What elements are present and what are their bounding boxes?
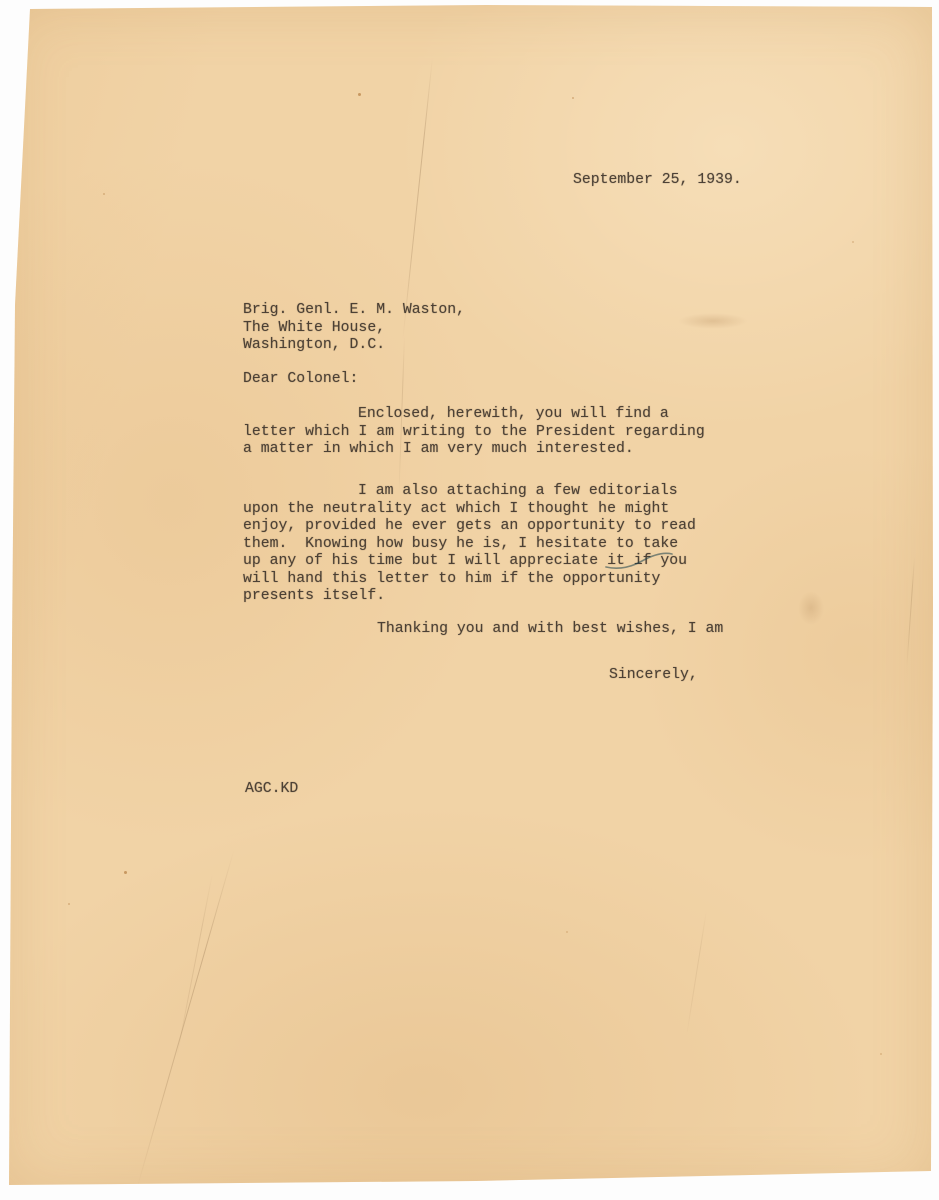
body-line: upon the neutrality act which I thought … bbox=[243, 501, 696, 519]
address-line: Brig. Genl. E. M. Waston, bbox=[243, 302, 465, 320]
date-line: September 25, 1939. bbox=[573, 172, 742, 190]
body-paragraph-1: Enclosed, herewith, you will find a lett… bbox=[243, 406, 705, 459]
date: September 25, 1939. bbox=[573, 172, 742, 190]
body-line: Enclosed, herewith, you will find a bbox=[243, 406, 705, 424]
letter-text-layer: September 25, 1939. Brig. Genl. E. M. Wa… bbox=[0, 0, 939, 1200]
body-paragraph-2: I am also attaching a few editorials upo… bbox=[243, 483, 696, 606]
closing-line: Thanking you and with best wishes, I am bbox=[377, 621, 723, 639]
body-line: a matter in which I am very much interes… bbox=[243, 441, 705, 459]
signoff-text: Sincerely, bbox=[609, 667, 698, 685]
signoff: Sincerely, bbox=[609, 667, 698, 685]
salutation: Dear Colonel: bbox=[243, 371, 358, 389]
typist-initials: AGC.KD bbox=[245, 781, 298, 799]
body-line: I am also attaching a few editorials bbox=[243, 483, 696, 501]
address-line: Washington, D.C. bbox=[243, 337, 465, 355]
closing-text: Thanking you and with best wishes, I am bbox=[377, 621, 723, 639]
initials-text: AGC.KD bbox=[245, 781, 298, 799]
address-line: The White House, bbox=[243, 320, 465, 338]
body-line: presents itself. bbox=[243, 588, 696, 606]
body-line: letter which I am writing to the Preside… bbox=[243, 424, 705, 442]
salutation-text: Dear Colonel: bbox=[243, 371, 358, 389]
pen-mark bbox=[604, 548, 676, 574]
recipient-address: Brig. Genl. E. M. Waston, The White Hous… bbox=[243, 302, 465, 355]
body-line: enjoy, provided he ever gets an opportun… bbox=[243, 518, 696, 536]
